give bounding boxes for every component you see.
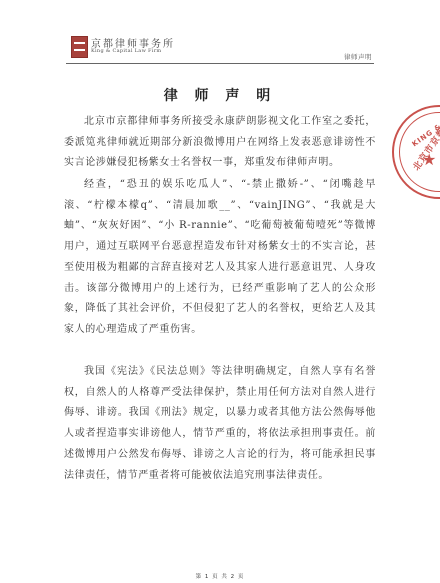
letterhead: 京都律师事务所 King & Capital Law Firm 律师声明 [66, 33, 374, 65]
firm-logo-icon [71, 36, 88, 58]
paragraph-1: 北京市京都律师事务所接受永康萨朗影视文化工作室之委托，委派笕兆律师就近期部分新浪… [64, 112, 376, 174]
paragraph-2: 经查，“恐丑的娱乐吃瓜人”、“-禁止撒娇-”、“闭嘴趁早滚、“柠檬本檬q”、“清… [64, 175, 376, 341]
firm-name-en: King & Capital Law Firm [91, 48, 161, 54]
official-seal: KING & CAPITAL 北京市京都 ★ [392, 105, 440, 199]
paragraph-3: 我国《宪法》《民法总则》等法律明确规定，自然人享有名誉权，自然人的人格尊严受法律… [64, 362, 376, 486]
doc-type-label: 律师声明 [344, 52, 372, 61]
header-divider [66, 63, 374, 64]
document-title: 律 师 声 明 [0, 85, 440, 105]
page-indicator: 第 1 页 共 2 页 [0, 572, 440, 580]
seal-star-icon: ★ [422, 150, 436, 169]
